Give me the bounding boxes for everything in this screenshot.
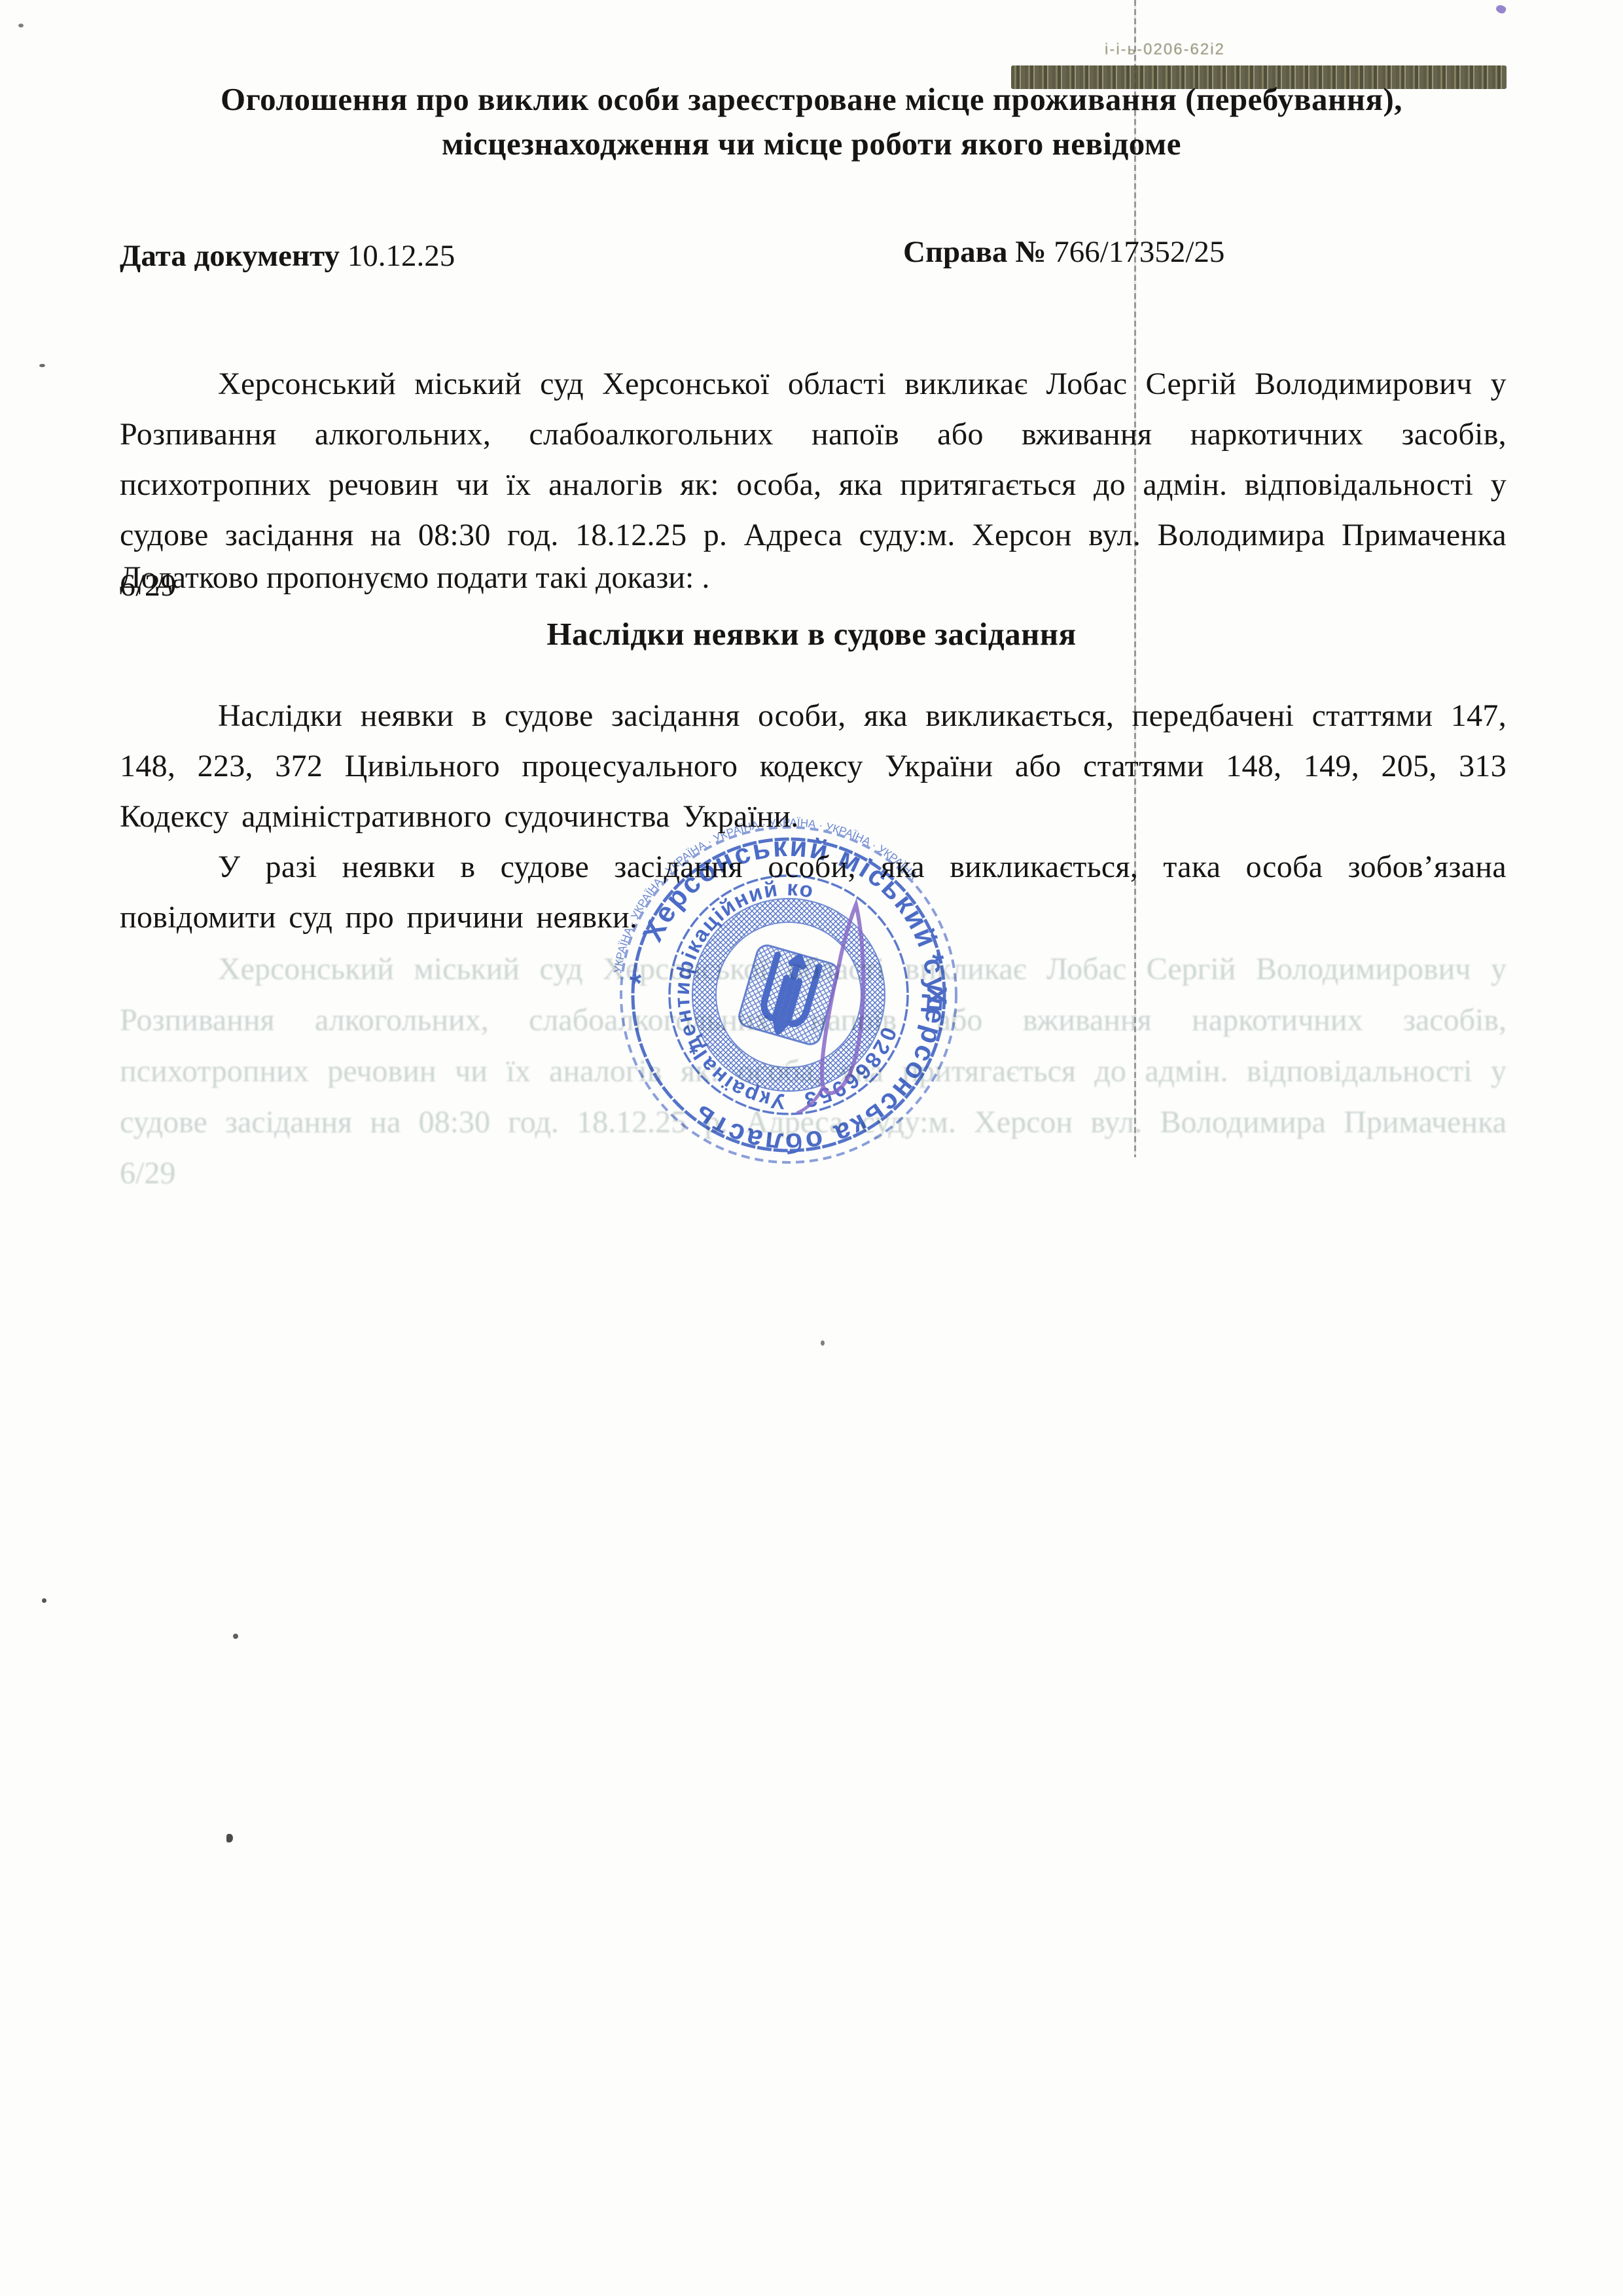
scan-speck — [39, 364, 45, 367]
scan-noise-text: і-і-ь-0206-62і2 — [1105, 41, 1225, 59]
case-number: Справа № 766/17352/25 — [903, 234, 1224, 270]
scan-speck — [233, 1634, 238, 1639]
court-stamp: УКРАЇНА · УКРАЇНА · УКРАЇНА · УКРАЇНА · … — [605, 812, 972, 1178]
scan-speck — [42, 1598, 46, 1603]
stamp-star-left: * — [622, 971, 658, 986]
date-label: Дата документу — [120, 239, 340, 273]
ink-speck — [1495, 3, 1507, 14]
scan-speck — [821, 1340, 825, 1346]
document-title-line1: Оголошення про виклик особи зареєстрован… — [92, 77, 1531, 122]
document-title: Оголошення про виклик особи зареєстрован… — [92, 77, 1531, 166]
paragraph-evidence-note: Додатково пропонуємо подати такі докази:… — [120, 560, 709, 596]
court-stamp-graphic: УКРАЇНА · УКРАЇНА · УКРАЇНА · УКРАЇНА · … — [605, 812, 972, 1178]
scanned-court-document: і-і-ь-0206-62і2 Оголошення про виклик ос… — [0, 0, 1623, 2296]
meta-row: Дата документу 10.12.25 Справа № 766/173… — [120, 238, 1505, 278]
case-label: Справа № — [903, 235, 1046, 269]
case-value: 766/17352/25 — [1054, 235, 1224, 269]
document-date: Дата документу 10.12.25 — [120, 238, 455, 274]
scan-speck — [226, 1834, 233, 1842]
scan-speck — [18, 24, 24, 27]
section-heading: Наслідки неявки в судове засідання — [0, 615, 1623, 653]
document-title-line2: місцезнаходження чи місце роботи якого н… — [92, 122, 1531, 166]
date-value: 10.12.25 — [348, 239, 455, 273]
